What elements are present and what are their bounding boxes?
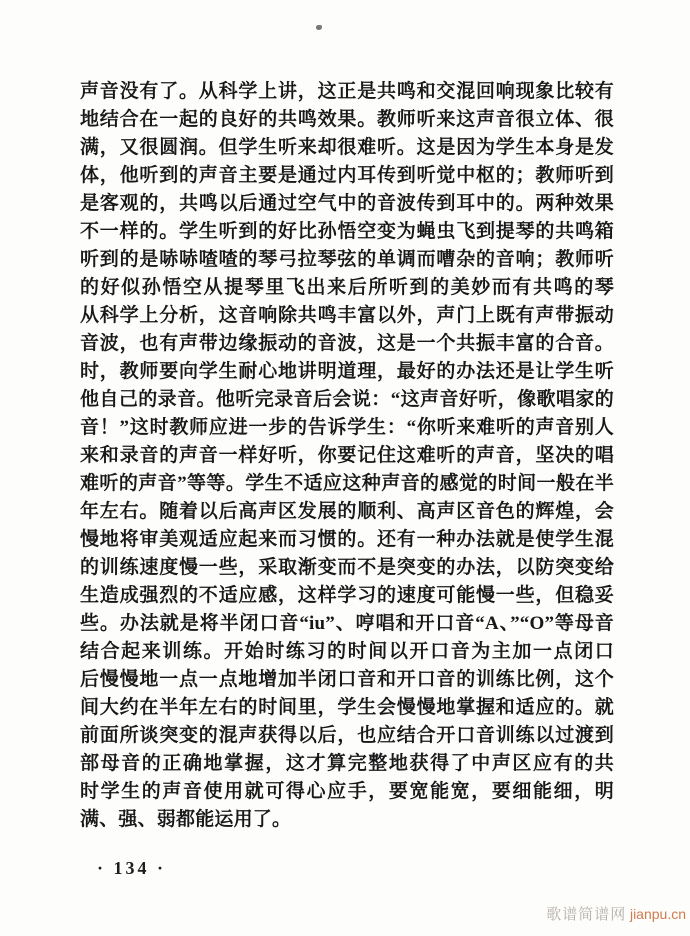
text-line: 时学生的声音使用就可得心应手，要宽能宽，要细能细，明亮、丰 [80,778,614,806]
text-line: 不一样的。学生听到的好比孙悟空变为蝇虫飞到提琴的共鸣箱里， [80,218,614,246]
text-line: 后慢慢地一点一点地增加半闭口音和开口音的训练比例，这个时 [80,666,614,694]
print-speck [316,25,322,30]
text-line: 结合起来训练。开始时练习的时间以开口音为主加一点闭口音，以 [80,638,614,666]
text-line: 生造成强烈的不适应感，这样学习的速度可能慢一些，但稳妥一 [80,582,614,610]
text-line: 满，又很圆润。但学生听来却很难听。这是因为学生本身是发声 [80,134,614,162]
text-line: 来和录音的声音一样好听，你要记住这难听的声音，坚决的唱这 [80,442,614,470]
text-line: 慢地将审美观适应起来而习惯的。还有一种办法就是使学生混声 [80,526,614,554]
watermark: 歌谱简谱网 jianpu.cn [546,903,686,924]
text-line: 些。办法就是将半闭口音“iu”、哼唱和开口音“A、”“O”等母音 [80,610,614,638]
text-line: 前面所谈突变的混声获得以后，也应结合开口音训练以过渡到全 [80,722,614,750]
text-line: 是客观的，共鸣以后通过空气中的音波传到耳中的。两种效果是 [80,190,614,218]
watermark-site-url: jianpu.cn [630,906,686,922]
text-line: 满、强、弱都能运用了。 [80,806,614,834]
text-line: 听到的是哧哧喳喳的琴弓拉琴弦的单调而嘈杂的音响；教师听到 [80,246,614,274]
text-block: 声音没有了。从科学上讲，这正是共鸣和交混回响现象比较有机地结合在一起的良好的共鸣… [80,78,614,834]
watermark-site-name: 歌谱简谱网 [546,907,626,923]
text-line: 难听的声音”等等。学生不适应这种声音的感觉的时间一般在半 [80,470,614,498]
text-line: 体，他听到的声音主要是通过内耳传到听觉中枢的；教师听到的 [80,162,614,190]
text-line: 他自己的录音。他听完录音后会说：“这声音好听，像歌唱家的声 [80,386,614,414]
text-line: 年左右。随着以后高声区发展的顺利、高声区音色的辉煌，会慢 [80,498,614,526]
text-line: 音波，也有声带边缘振动的音波，这是一个共振丰富的合音。这 [80,330,614,358]
page-number: · 134 · [97,858,166,879]
text-line: 部母音的正确地掌握，这才算完整地获得了中声区应有的共鸣。这 [80,750,614,778]
text-line: 声音没有了。从科学上讲，这正是共鸣和交混回响现象比较有机 [80,78,614,106]
text-line: 音！”这时教师应进一步的告诉学生：“你听来难听的声音别人听 [80,414,614,442]
text-line: 的好似孙悟空从提琴里飞出来后所听到的美妙而有共鸣的琴声。 [80,274,614,302]
text-line: 间大约在半年左右的时间里，学生会慢慢地掌握和适应的。就是 [80,694,614,722]
text-line: 的训练速度慢一些，采取渐变而不是突变的办法，以防突变给学 [80,554,614,582]
text-line: 从科学上分析，这音响除共鸣丰富以外，声门上既有声带振动的 [80,302,614,330]
text-line: 时，教师要向学生耐心地讲明道理，最好的办法还是让学生听听 [80,358,614,386]
text-line: 地结合在一起的良好的共鸣效果。教师听来这声音很立体、很丰 [80,106,614,134]
book-page: 声音没有了。从科学上讲，这正是共鸣和交混回响现象比较有机地结合在一起的良好的共鸣… [0,0,690,936]
